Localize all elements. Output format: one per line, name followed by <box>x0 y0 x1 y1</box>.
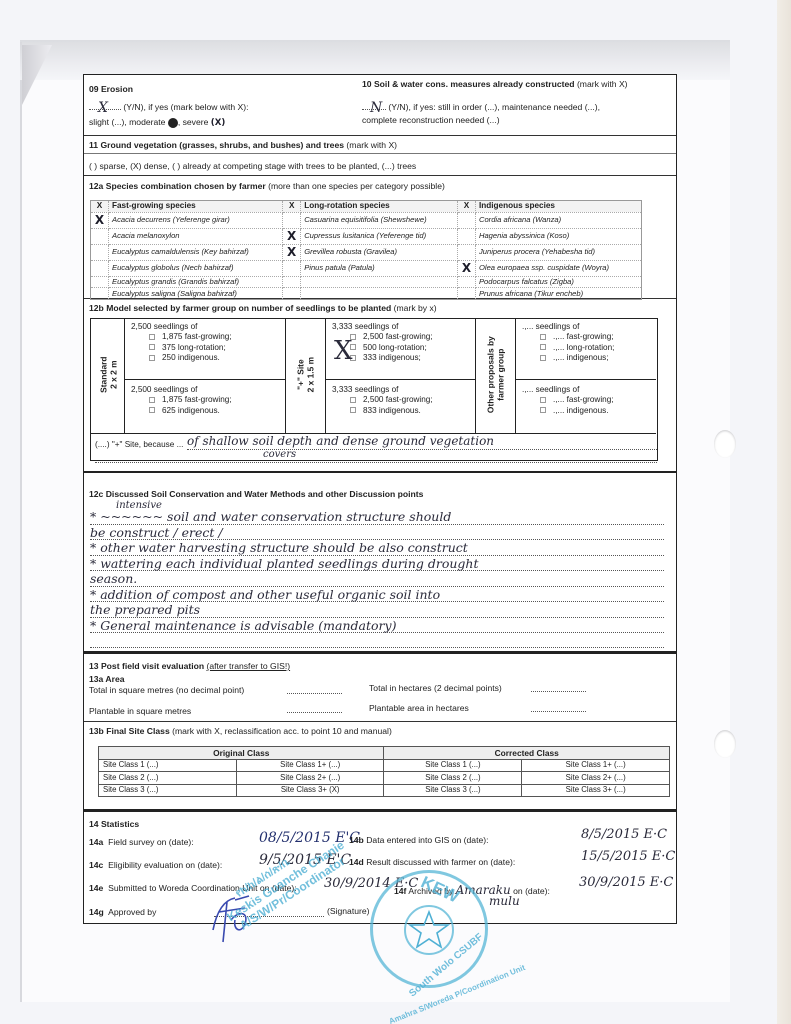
plantable-ha-label: Plantable area in hectares <box>369 703 469 714</box>
discussion-lines[interactable]: * ~~~~~~ soil and water conservation str… <box>90 509 664 648</box>
species-mark-cell[interactable]: X <box>91 212 109 228</box>
total-sqm-field[interactable] <box>287 685 342 694</box>
site-class-option[interactable]: Site Class 3 (...) <box>384 784 522 797</box>
species-name: Eucalyptus saligna (Saligna bahirzaf) <box>109 288 283 300</box>
archive-date[interactable]: 30/9/2015 E·C <box>579 875 673 891</box>
stat-14g-label: 14g Approved by <box>89 907 156 918</box>
species-mark-cell[interactable]: X <box>457 260 475 276</box>
model-table: Standard2 x 2 m 2,500 seedlings of 1,875… <box>90 318 658 461</box>
species-mark-cell[interactable] <box>91 276 109 288</box>
species-name: Hagenia abyssinica (Koso) <box>475 228 641 244</box>
other-proposals-label: Other proposals byfarmer group <box>486 325 505 425</box>
site-class-option[interactable]: Site Class 3+ (...) <box>522 784 670 797</box>
other-proposals-label-cell: Other proposals byfarmer group <box>476 319 516 434</box>
discussion-line[interactable]: the prepared pits <box>90 602 664 618</box>
vegetation-options[interactable]: ( ) sparse, (X) dense, ( ) already at co… <box>89 161 416 172</box>
erosion-title: 09 Erosion <box>89 84 133 95</box>
species-name <box>301 288 458 300</box>
species-name: Eucalyptus camaldulensis (Key bahirzaf) <box>109 244 283 260</box>
archiver-name-2: mulu <box>489 894 520 909</box>
section-discussion: 12c Discussed Soil Conservation and Wate… <box>84 471 676 654</box>
x-column-header: X <box>283 201 301 213</box>
vegetation-title: 11 Ground vegetation (grasses, shrubs, a… <box>89 140 397 151</box>
species-mark-cell[interactable] <box>91 228 109 244</box>
species-mark-cell[interactable] <box>457 212 475 228</box>
fast-growing-header: Fast-growing species <box>109 201 283 213</box>
site-class-title: 13b Final Site Class (mark with X, recla… <box>89 726 392 737</box>
species-mark-cell[interactable]: X <box>283 228 301 244</box>
species-title-text: 12a Species combination chosen by farmer <box>89 181 266 191</box>
erosion-moderate-mark[interactable] <box>168 118 178 128</box>
site-class-title-note: (mark with X, reclassification acc. to p… <box>172 726 392 736</box>
discussion-line-empty[interactable] <box>90 633 664 648</box>
species-name: Grevillea robusta (Gravilea) <box>301 244 458 260</box>
species-title-note: (more than one species per category poss… <box>268 181 445 191</box>
species-mark-cell[interactable]: X <box>283 244 301 260</box>
erosion-yn-text: (Y/N), if yes (mark below with X): <box>123 102 248 112</box>
species-name: Acacia decurrens (Yeferenge girar) <box>109 212 283 228</box>
total-sqm-label: Total in square metres (no decimal point… <box>89 685 244 696</box>
area-title: 13a Area <box>89 674 125 685</box>
site-class-row: Site Class 3 (...)Site Class 3+ (X)Site … <box>99 784 670 797</box>
corrected-class-header: Corrected Class <box>384 747 670 760</box>
plantable-ha-field[interactable] <box>531 703 586 712</box>
standard-label-cell: Standard2 x 2 m <box>91 319 125 434</box>
other-option-b[interactable]: .,... seedlings of .,... fast-growing; .… <box>516 380 656 434</box>
indigenous-header: Indigenous species <box>475 201 641 213</box>
section-erosion-measures: 09 Erosion X (Y/N), if yes (mark below w… <box>84 75 676 136</box>
stat-14b-label: 14b Data entered into GIS on (date): <box>349 835 489 846</box>
plus-site-x-mark: X <box>334 335 353 368</box>
erosion-moderate-label: moderate <box>129 117 165 127</box>
species-name: Pinus patula (Patula) <box>301 260 458 276</box>
section-site-class: 13b Final Site Class (mark with X, recla… <box>84 722 676 812</box>
species-mark-cell[interactable] <box>457 276 475 288</box>
farmer-discussion-date[interactable]: 15/5/2015 E·C <box>581 849 675 865</box>
species-row: XAcacia decurrens (Yeferenge girar)Casua… <box>91 212 642 228</box>
species-mark-cell[interactable] <box>91 288 109 300</box>
species-mark-cell[interactable] <box>457 288 475 300</box>
total-ha-field[interactable] <box>531 683 586 692</box>
total-ha-label: Total in hectares (2 decimal points) <box>369 683 502 694</box>
site-class-row: Site Class 1 (...)Site Class 1+ (...)Sit… <box>99 759 670 772</box>
discussion-line[interactable]: * other water harvesting structure shoul… <box>90 540 664 556</box>
species-name <box>301 276 458 288</box>
field-survey-form: 09 Erosion X (Y/N), if yes (mark below w… <box>83 74 677 924</box>
site-class-option[interactable]: Site Class 2 (...) <box>384 772 522 785</box>
star-emblem-icon <box>408 909 450 951</box>
signature-label: (Signature) <box>327 906 370 917</box>
species-title: 12a Species combination chosen by farmer… <box>89 181 445 192</box>
measures-yn-field[interactable]: N (Y/N), if yes: still in order (...), m… <box>362 102 600 113</box>
erosion-slight-label: slight <box>89 117 109 127</box>
species-name: Eucalyptus grandis (Grandis bahirzaf) <box>109 276 283 288</box>
site-class-option[interactable]: Site Class 1 (...) <box>384 759 522 772</box>
punch-hole <box>714 730 736 758</box>
species-name: Podocarpus falcatus (Zigba) <box>475 276 641 288</box>
site-class-option[interactable]: Site Class 1 (...) <box>99 759 237 772</box>
measures-title-note: (mark with X) <box>577 79 628 89</box>
erosion-severe-label: severe <box>183 117 209 127</box>
x-column-header: X <box>91 201 109 213</box>
gis-entry-date[interactable]: 8/5/2015 E·C <box>581 827 667 843</box>
site-class-option[interactable]: Site Class 3 (...) <box>99 784 237 797</box>
post-eval-title-note: (after transfer to GIS!) <box>207 661 291 671</box>
long-rotation-header: Long-rotation species <box>301 201 458 213</box>
site-class-option[interactable]: Site Class 2+ (...) <box>236 772 384 785</box>
plantable-sqm-field[interactable] <box>287 704 342 713</box>
plus-site-label-cell: "+" Site2 x 1.5 m <box>286 319 326 434</box>
species-row: Eucalyptus globolus (Nech bahirzaf)Pinus… <box>91 260 642 276</box>
measures-title-text: 10 Soil & water cons. measures already c… <box>362 79 575 89</box>
species-mark-cell[interactable] <box>91 244 109 260</box>
statistics-title: 14 Statistics <box>89 819 139 830</box>
punch-hole <box>714 430 736 458</box>
plus-site-option-a[interactable]: 3,333 seedlings of 2,500 fast-growing; 5… <box>326 319 476 380</box>
site-class-option[interactable]: Site Class 3+ (X) <box>236 784 384 797</box>
page-edge <box>777 0 791 1024</box>
section-post-evaluation: 13 Post field visit evaluation (after tr… <box>84 654 676 722</box>
species-mark-cell[interactable] <box>457 228 475 244</box>
discussion-line[interactable]: be construct / erect / <box>90 525 664 541</box>
measures-status-options: (Y/N), if yes: still in order (...), mai… <box>388 102 600 112</box>
post-eval-title: 13 Post field visit evaluation (after tr… <box>89 661 290 672</box>
section-species: 12a Species combination chosen by farmer… <box>84 176 676 299</box>
original-class-header: Original Class <box>99 747 384 760</box>
species-row: Acacia melanoxylonXCupressus lusitanica … <box>91 228 642 244</box>
site-class-option[interactable]: Site Class 2+ (...) <box>522 772 670 785</box>
stat-14d-label: 14d Result discussed with farmer on (dat… <box>349 857 515 868</box>
site-class-table: Original Class Corrected Class Site Clas… <box>98 746 670 797</box>
erosion-levels: slight (...), moderate , severe (X) <box>89 117 225 129</box>
x-column-header: X <box>457 201 475 213</box>
erosion-yn-value: X <box>98 100 108 118</box>
species-name: Cupressus lusitanica (Yeferenge tid) <box>301 228 458 244</box>
discussion-line[interactable]: season. <box>90 571 664 587</box>
species-mark-cell[interactable] <box>283 288 301 300</box>
post-eval-title-text: 13 Post field visit evaluation <box>89 661 204 671</box>
vegetation-title-text: 11 Ground vegetation (grasses, shrubs, a… <box>89 140 344 150</box>
discussion-line[interactable]: * wattering each individual planted seed… <box>90 556 664 572</box>
section-ground-vegetation: 11 Ground vegetation (grasses, shrubs, a… <box>84 136 676 176</box>
plus-site-label: "+" Site2 x 1.5 m <box>296 325 315 425</box>
species-mark-cell[interactable] <box>283 260 301 276</box>
species-row: Eucalyptus saligna (Saligna bahirzaf)Pru… <box>91 288 642 300</box>
stat-14a-label: 14a Field survey on (date): <box>89 837 194 848</box>
vegetation-title-note: (mark with X) <box>346 140 397 150</box>
species-table: X Fast-growing species X Long-rotation s… <box>90 200 642 300</box>
species-row: Eucalyptus camaldulensis (Key bahirzaf)X… <box>91 244 642 260</box>
discussion-line[interactable]: * General maintenance is advisable (mand… <box>90 618 664 634</box>
discussion-title: 12c Discussed Soil Conservation and Wate… <box>89 489 423 500</box>
model-title-text: 12b Model selected by farmer group on nu… <box>89 303 391 313</box>
species-mark-cell[interactable] <box>283 212 301 228</box>
model-title: 12b Model selected by farmer group on nu… <box>89 303 437 314</box>
species-name: Casuarina equisitifolia (Shewshewe) <box>301 212 458 228</box>
site-class-option[interactable]: Site Class 2 (...) <box>99 772 237 785</box>
standard-option-b[interactable]: 2,500 seedlings of 1,875 fast-growing; 6… <box>125 380 286 434</box>
species-name: Juniperus procera (Yehabesha tid) <box>475 244 641 260</box>
species-name: Eucalyptus globolus (Nech bahirzaf) <box>109 260 283 276</box>
model-title-note: (mark by x) <box>394 303 437 313</box>
plus-site-because-field[interactable]: of shallow soil depth and dense ground v… <box>187 434 657 450</box>
discussion-line[interactable]: * ~~~~~~ soil and water conservation str… <box>90 509 664 525</box>
plus-site-option-b[interactable]: 3,333 seedlings of 2,500 fast-growing; 8… <box>326 380 476 434</box>
discussion-line[interactable]: * addition of compost and other useful o… <box>90 587 664 603</box>
plantable-sqm-label: Plantable in square metres <box>89 706 191 717</box>
erosion-severe-mark[interactable]: (X) <box>211 118 225 128</box>
species-name: Cordia africana (Wanza) <box>475 212 641 228</box>
erosion-yn-field[interactable]: X (Y/N), if yes (mark below with X): <box>89 102 249 113</box>
species-row: Eucalyptus grandis (Grandis bahirzaf)Pod… <box>91 276 642 288</box>
species-mark-cell[interactable] <box>283 276 301 288</box>
species-name: Prunus africana (Tikur encheb) <box>475 288 641 300</box>
field-survey-date[interactable]: 08/5/2015 E'C <box>259 830 360 848</box>
site-class-row: Site Class 2 (...)Site Class 2+ (...)Sit… <box>99 772 670 785</box>
standard-label: Standard2 x 2 m <box>99 325 118 425</box>
standard-option-a[interactable]: 2,500 seedlings of 1,875 fast-growing; 3… <box>125 319 286 380</box>
measures-title: 10 Soil & water cons. measures already c… <box>362 79 628 90</box>
measures-reconstruction-option: complete reconstruction needed (...) <box>362 115 500 126</box>
species-name: Acacia melanoxylon <box>109 228 283 244</box>
erosion-slight-mark[interactable]: (...) <box>111 117 124 127</box>
species-mark-cell[interactable] <box>457 244 475 260</box>
other-option-a[interactable]: .,... seedlings of .,... fast-growing; .… <box>516 319 656 380</box>
stat-14c-label: 14c Eligibility evaluation on (date): <box>89 860 222 871</box>
site-class-option[interactable]: Site Class 1+ (...) <box>522 759 670 772</box>
site-class-title-text: 13b Final Site Class <box>89 726 170 736</box>
species-mark-cell[interactable] <box>91 260 109 276</box>
site-class-option[interactable]: Site Class 1+ (...) <box>236 759 384 772</box>
species-name: Olea europaea ssp. cuspidate (Woyra) <box>475 260 641 276</box>
plus-site-because-field-2[interactable]: covers <box>95 449 657 463</box>
